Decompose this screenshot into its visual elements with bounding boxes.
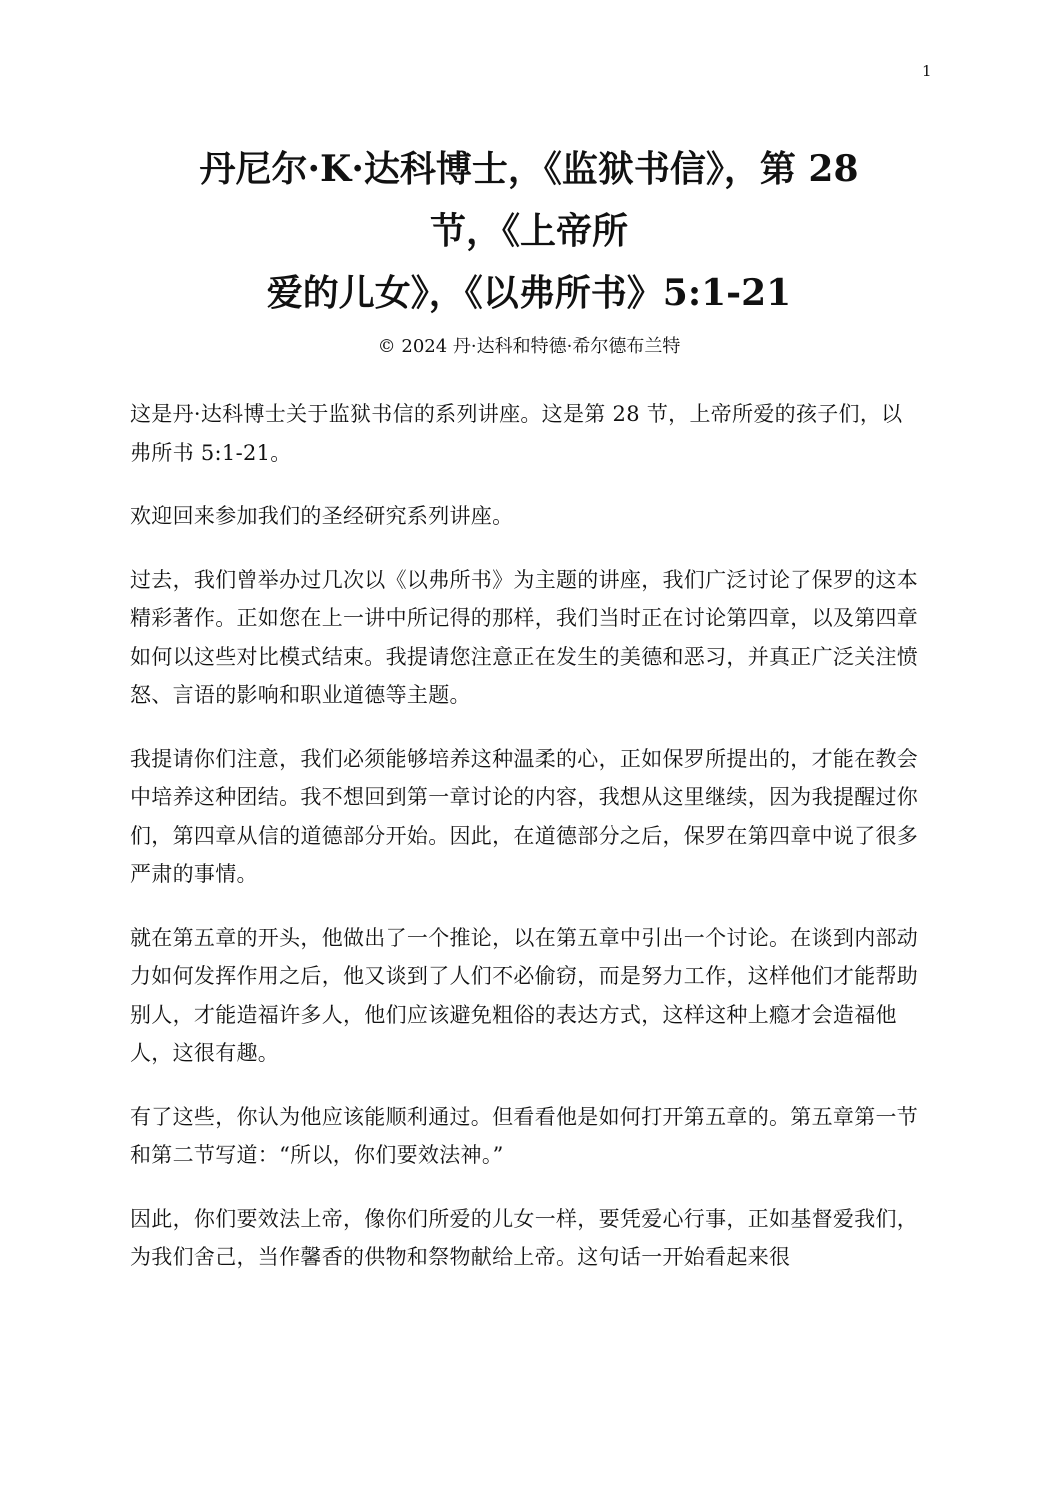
paragraph: 有了这些，你认为他应该能顺利通过。但看看他是如何打开第五章的。第五章第一节和第二… xyxy=(130,1098,920,1175)
paragraph: 就在第五章的开头，他做出了一个推论，以在第五章中引出一个讨论。在谈到内部动力如何… xyxy=(130,919,920,1073)
paragraph: 这是丹·达科博士关于监狱书信的系列讲座。这是第 28 节，上帝所爱的孩子们，以弗… xyxy=(130,395,920,472)
copyright-line: © 2024 丹·达科和特德·希尔德布兰特 xyxy=(130,333,928,361)
title-line: 丹尼尔·K·达科博士，《监狱书信》，第 28 xyxy=(130,138,928,200)
paragraph: 我提请你们注意，我们必须能够培养这种温柔的心，正如保罗所提出的，才能在教会中培养… xyxy=(130,740,920,894)
document-title: 丹尼尔·K·达科博士，《监狱书信》，第 28 节，《上帝所 爱的儿女》，《以弗所… xyxy=(130,138,928,324)
paragraph: 因此，你们要效法上帝，像你们所爱的儿女一样，要凭爱心行事，正如基督爱我们，为我们… xyxy=(130,1200,920,1277)
title-line: 爱的儿女》，《以弗所书》5:1-21 xyxy=(130,262,928,324)
page-number: 1 xyxy=(922,62,932,80)
document-body: 这是丹·达科博士关于监狱书信的系列讲座。这是第 28 节，上帝所爱的孩子们，以弗… xyxy=(130,395,920,1302)
paragraph: 过去，我们曾举办过几次以《以弗所书》为主题的讲座，我们广泛讨论了保罗的这本精彩著… xyxy=(130,561,920,715)
paragraph: 欢迎回来参加我们的圣经研究系列讲座。 xyxy=(130,497,920,536)
title-line: 节，《上帝所 xyxy=(130,200,928,262)
